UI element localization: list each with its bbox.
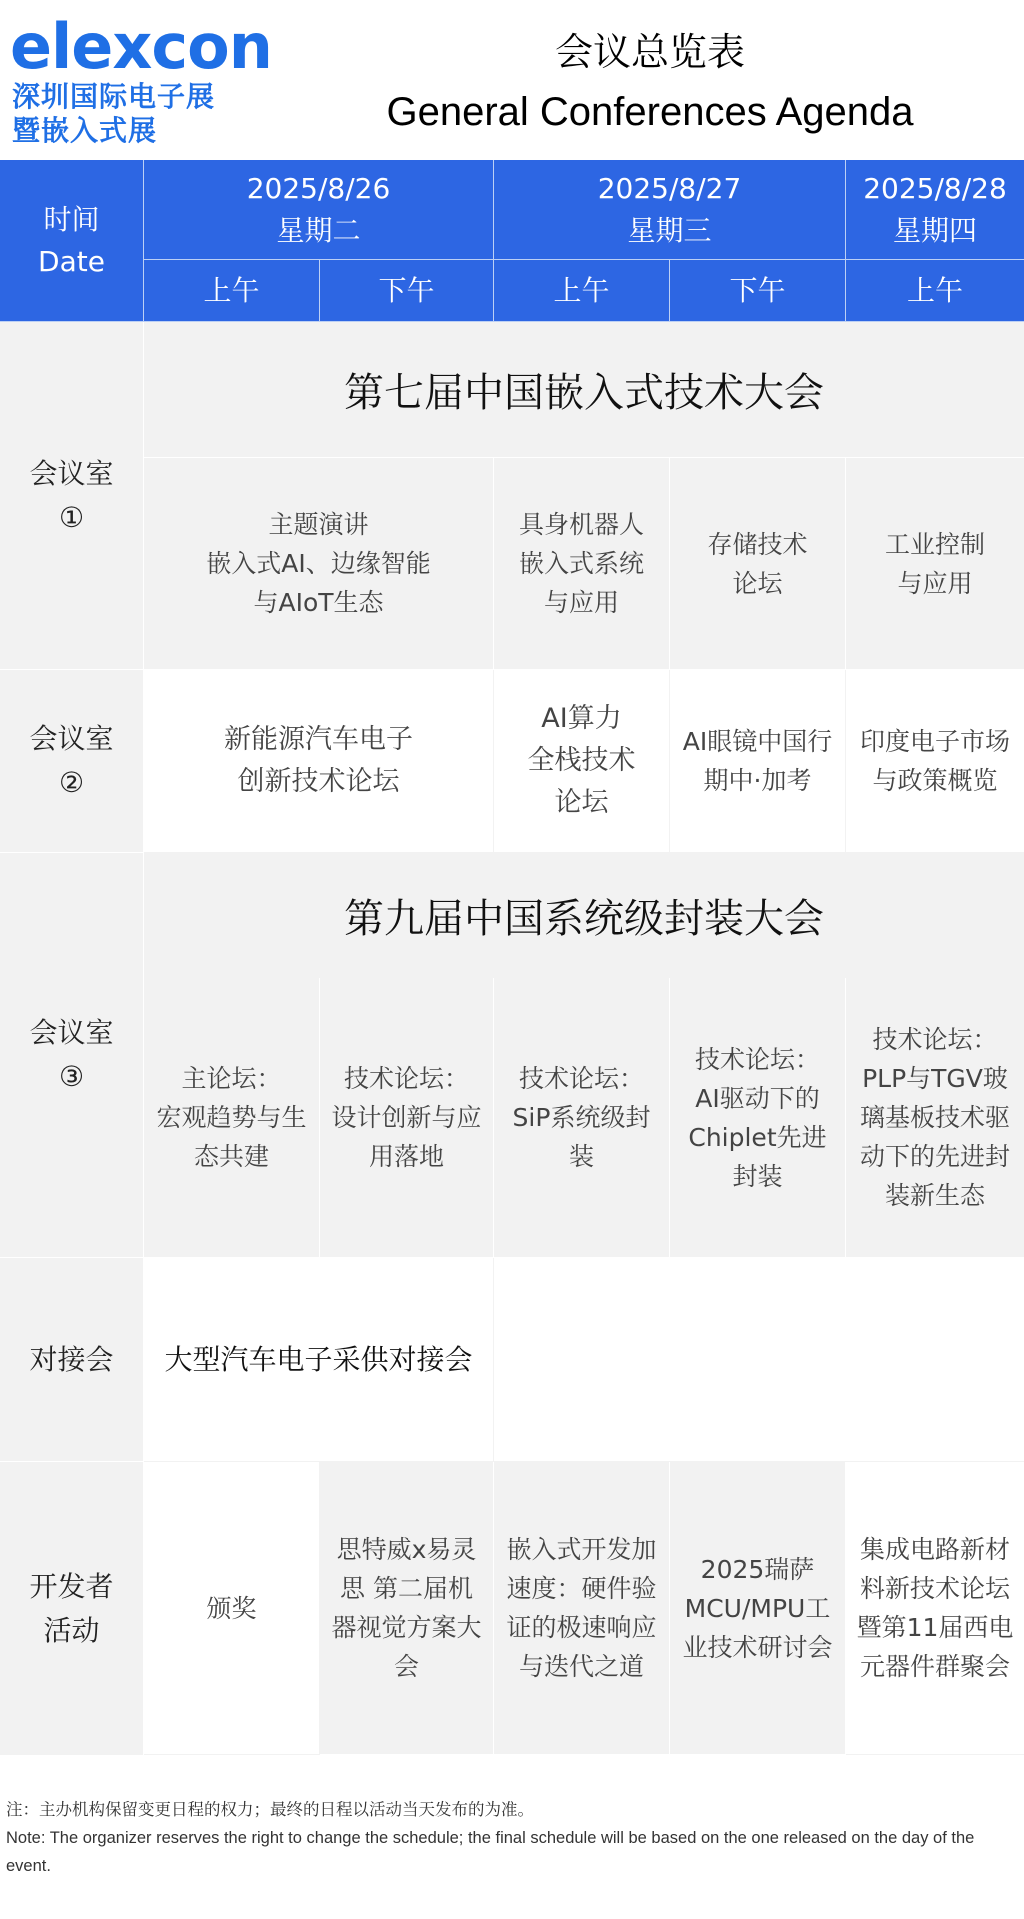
header-day-3: 2025/8/28星期四 [846, 160, 1024, 260]
header-slot-2: 下午 [320, 260, 494, 322]
room-3-label: 会议室 ③ [29, 1011, 113, 1099]
header-slot-4: 下午 [670, 260, 846, 322]
header-time-label: 时间 Date [38, 199, 105, 283]
page-title-en: General Conferences Agenda [290, 88, 1010, 136]
logo-subtitle-line1: 深圳国际电子展 [12, 80, 215, 114]
room-1-label-cell: 会议室 ① [0, 322, 144, 670]
day-weekday: 星期四 [863, 210, 1007, 252]
room-1-conference-title-cell: 第七届中国嵌入式技术大会 [144, 322, 1024, 458]
room-1-session-2: 具身机器人 嵌入式系统 与应用 [494, 458, 670, 670]
room-3-session-4: 技术论坛： AI驱动下的 Chiplet先进 封装 [670, 978, 846, 1258]
developer-session-5: 集成电路新材 料新技术论坛 暨第11届西电 元器件群聚会 [846, 1462, 1024, 1755]
developer-session-4: 2025瑞萨 MCU/MPU工 业技术研讨会 [670, 1462, 846, 1755]
room-3-label-cell: 会议室 ③ [0, 853, 144, 1258]
room-3-conference-title-cell: 第九届中国系统级封装大会 [144, 853, 1024, 978]
logo-subtitle-line2: 暨嵌入式展 [12, 114, 157, 148]
developer-label: 开发者 活动 [29, 1565, 113, 1653]
matchmaking-session-1: 大型汽车电子采供对接会 [144, 1258, 494, 1462]
header-day-1: 2025/8/26星期二 [144, 160, 494, 260]
day-weekday: 星期三 [598, 210, 742, 252]
header-time-cell: 时间 Date [0, 160, 144, 322]
room-1-label: 会议室 ① [29, 452, 113, 540]
room-1-conference-title: 第七届中国嵌入式技术大会 [344, 361, 824, 418]
room-3-session-2: 技术论坛： 设计创新与应 用落地 [320, 978, 494, 1258]
day-weekday: 星期二 [247, 210, 391, 252]
room-3-conference-title: 第九届中国系统级封装大会 [344, 887, 824, 944]
room-3-session-1: 主论坛： 宏观趋势与生 态共建 [144, 978, 320, 1258]
room-3-session-5: 技术论坛： PLP与TGV玻 璃基板技术驱 动下的先进封 装新生态 [846, 978, 1024, 1258]
header-slot-1: 上午 [144, 260, 320, 322]
note-cn: 注：主办机构保留变更日程的权力；最终的日程以活动当天发布的为准。 [6, 1796, 1016, 1824]
room-2-label: 会议室 ② [29, 717, 113, 805]
room-3-session-3: 技术论坛： SiP系统级封 装 [494, 978, 670, 1258]
page-title-cn: 会议总览表 [290, 28, 1010, 76]
day-date: 2025/8/26 [247, 168, 391, 210]
developer-session-3: 嵌入式开发加 速度：硬件验 证的极速响应 与迭代之道 [494, 1462, 670, 1755]
header-day-2: 2025/8/27星期三 [494, 160, 846, 260]
day-date: 2025/8/27 [598, 168, 742, 210]
matchmaking-label: 对接会 [29, 1338, 113, 1382]
matchmaking-label-cell: 对接会 [0, 1258, 144, 1462]
developer-label-cell: 开发者 活动 [0, 1462, 144, 1755]
room-1-session-4: 工业控制 与应用 [846, 458, 1024, 670]
developer-session-1: 颁奖 [144, 1462, 320, 1755]
matchmaking-empty [494, 1258, 1024, 1462]
room-2-session-1: 新能源汽车电子 创新技术论坛 [144, 670, 494, 853]
note-en: Note: The organizer reserves the right t… [6, 1824, 1016, 1880]
room-2-session-2: AI算力 全栈技术 论坛 [494, 670, 670, 853]
header-slot-3: 上午 [494, 260, 670, 322]
day-date: 2025/8/28 [863, 168, 1007, 210]
room-1-session-3: 存储技术 论坛 [670, 458, 846, 670]
room-2-session-3: AI眼镜中国行 期中·加考 [670, 670, 846, 853]
room-2-label-cell: 会议室 ② [0, 670, 144, 853]
logo-brand: elexcon [10, 14, 272, 80]
room-1-session-1: 主题演讲 嵌入式AI、边缘智能 与AIoT生态 [144, 458, 494, 670]
developer-session-2: 思特威x易灵 思 第二届机 器视觉方案大 会 [320, 1462, 494, 1755]
room-2-session-4: 印度电子市场 与政策概览 [846, 670, 1024, 853]
header-slot-5: 上午 [846, 260, 1024, 322]
